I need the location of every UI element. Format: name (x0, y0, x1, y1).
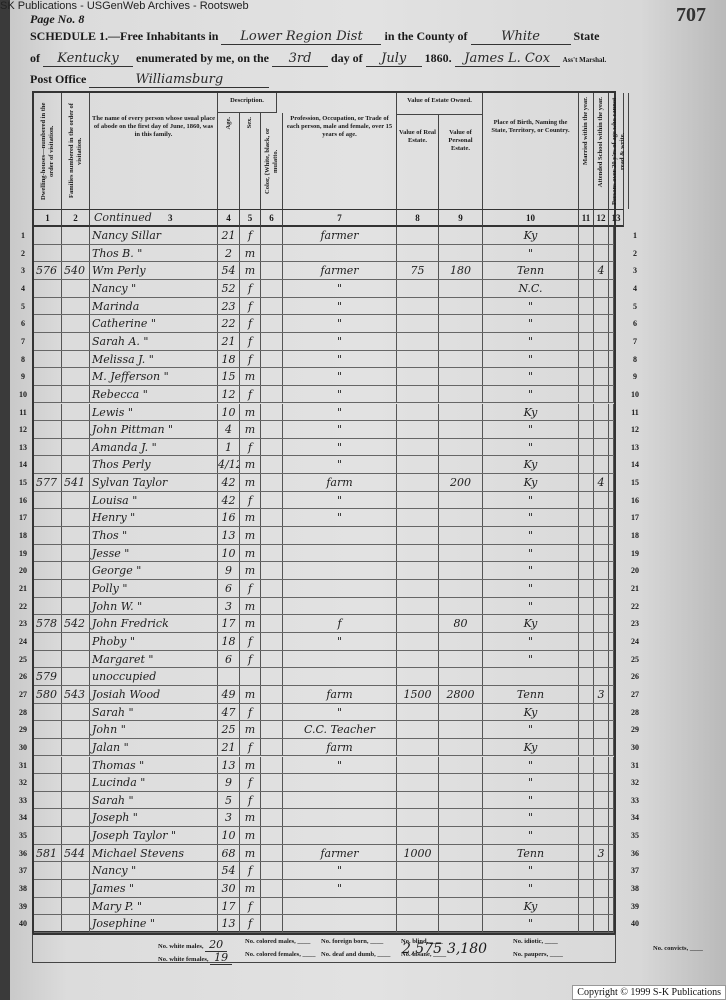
dwelling-number-cell (34, 456, 62, 473)
cannot-read-write-cell (609, 439, 614, 456)
family-number-cell: 540 (62, 262, 90, 279)
attended-school-cell (594, 456, 609, 473)
family-number-cell (62, 333, 90, 350)
real-estate-value-cell (397, 668, 439, 685)
married-within-year-cell (579, 545, 594, 562)
schedule-label: SCHEDULE 1.—Free Inhabitants in (30, 29, 218, 43)
table-row: Josephine "13f" (34, 915, 614, 933)
attended-school-cell (594, 421, 609, 438)
line-number-right: 2 (626, 245, 644, 263)
personal-estate-value-cell (439, 739, 483, 756)
person-name-cell: Jalan " (90, 739, 218, 756)
line-number-right: 20 (626, 562, 644, 580)
married-within-year-cell (579, 227, 594, 244)
sex-cell: m (240, 545, 261, 562)
cannot-read-write-cell (609, 333, 614, 350)
personal-estate-value-cell (439, 704, 483, 721)
cannot-read-write-cell (609, 757, 614, 774)
sex-cell: m (240, 474, 261, 491)
real-estate-value-cell (397, 880, 439, 897)
married-within-year-cell (579, 774, 594, 791)
line-number-left: 4 (14, 280, 32, 298)
col-number-4: 4 (218, 209, 240, 227)
occupation-cell: farmer (283, 845, 397, 862)
married-within-year-cell (579, 721, 594, 738)
dwelling-number-cell (34, 580, 62, 597)
married-within-year-cell (579, 633, 594, 650)
line-number-left: 13 (14, 439, 32, 457)
married-within-year-cell (579, 915, 594, 932)
col-header-2: Families numbered in the order of visita… (62, 93, 90, 209)
county-label: in the County of (384, 29, 467, 43)
birthplace-cell: Ky (483, 898, 579, 915)
table-row: James "30m"" (34, 880, 614, 898)
married-within-year-cell (579, 598, 594, 615)
dwelling-number-cell (34, 351, 62, 368)
occupation-cell (283, 809, 397, 826)
occupation-cell: " (283, 315, 397, 332)
family-number-cell (62, 827, 90, 844)
white-females-count: 19 (210, 951, 232, 965)
person-name-cell: Joseph " (90, 809, 218, 826)
cannot-read-write-cell (609, 386, 614, 403)
age-cell: 5 (218, 792, 240, 809)
attended-school-cell (594, 774, 609, 791)
color-cell (261, 227, 283, 244)
married-within-year-cell (579, 580, 594, 597)
attended-school-cell (594, 915, 609, 932)
sex-cell: m (240, 757, 261, 774)
married-within-year-cell (579, 651, 594, 668)
white-males-count: 20 (205, 938, 227, 952)
married-within-year-cell (579, 809, 594, 826)
family-number-cell (62, 509, 90, 526)
cannot-read-write-cell (609, 898, 614, 915)
birthplace-cell: " (483, 809, 579, 826)
table-row: Lewis "10m"Ky (34, 404, 614, 422)
married-within-year-cell (579, 333, 594, 350)
occupation-cell (283, 545, 397, 562)
cannot-read-write-cell (609, 456, 614, 473)
birthplace-cell: " (483, 298, 579, 315)
occupation-cell: farm (283, 474, 397, 491)
married-within-year-cell (579, 404, 594, 421)
month-value: July (366, 51, 422, 67)
birthplace-cell: " (483, 915, 579, 932)
age-cell: 3 (218, 598, 240, 615)
person-name-cell: Jesse " (90, 545, 218, 562)
family-number-cell (62, 898, 90, 915)
col-header-11: Married within the year. (579, 93, 594, 209)
sex-cell (240, 668, 261, 685)
occupation-cell (283, 598, 397, 615)
birthplace-cell: " (483, 633, 579, 650)
personal-estate-value-cell (439, 880, 483, 897)
table-row: 580543Josiah Wood49mfarm15002800Tenn3 (34, 686, 614, 704)
line-number-right: 15 (626, 474, 644, 492)
color-cell (261, 439, 283, 456)
table-row: Thos Perly4/12m"Ky (34, 456, 614, 474)
col-number-13: 13 (609, 209, 624, 227)
marshal-label: Ass't Marshal. (563, 56, 607, 64)
married-within-year-cell (579, 368, 594, 385)
color-cell (261, 509, 283, 526)
cannot-read-write-cell (609, 615, 614, 632)
sex-cell: m (240, 262, 261, 279)
sex-cell: f (240, 227, 261, 244)
attended-school-cell (594, 368, 609, 385)
family-number-cell (62, 633, 90, 650)
person-name-cell: Josephine " (90, 915, 218, 932)
real-estate-value-cell (397, 368, 439, 385)
line-number-left: 29 (14, 721, 32, 739)
family-number-cell (62, 704, 90, 721)
real-estate-value-cell (397, 351, 439, 368)
color-cell (261, 545, 283, 562)
person-name-cell: Marinda (90, 298, 218, 315)
birthplace-cell: " (483, 333, 579, 350)
dwelling-number-cell (34, 809, 62, 826)
table-row: Rebecca "12f"" (34, 386, 614, 404)
color-cell (261, 915, 283, 932)
line-number-right: 28 (626, 704, 644, 722)
personal-estate-value-cell: 200 (439, 474, 483, 491)
person-name-cell: Sarah " (90, 704, 218, 721)
line-number-right: 5 (626, 298, 644, 316)
personal-estate-value-cell (439, 509, 483, 526)
attended-school-cell (594, 792, 609, 809)
personal-estate-value-cell (439, 386, 483, 403)
attended-school-cell (594, 439, 609, 456)
convicts-summary: No. convicts, ____ (653, 945, 703, 952)
line-number-right: 10 (626, 386, 644, 404)
col-number-6: 6 (261, 209, 283, 227)
dwelling-number-cell: 581 (34, 845, 62, 862)
table-row: Jalan "21ffarmKy (34, 739, 614, 757)
col-header-8: Value of Real Estate. (397, 115, 439, 209)
birthplace-cell: Ky (483, 615, 579, 632)
personal-estate-value-cell (439, 315, 483, 332)
age-cell: 17 (218, 615, 240, 632)
real-estate-value-cell (397, 562, 439, 579)
birthplace-cell: Ky (483, 404, 579, 421)
line-number-left: 17 (14, 509, 32, 527)
age-cell: 13 (218, 757, 240, 774)
paupers-summary: No. paupers, ____ (513, 951, 563, 958)
color-cell (261, 898, 283, 915)
real-estate-value-cell (397, 315, 439, 332)
occupation-cell: " (283, 492, 397, 509)
color-cell (261, 492, 283, 509)
dwelling-number-cell (34, 421, 62, 438)
table-row: Nancy "54f"" (34, 862, 614, 880)
table-row: George "9m" (34, 562, 614, 580)
occupation-cell: " (283, 404, 397, 421)
person-name-cell: Nancy Sillar (90, 227, 218, 244)
person-name-cell: Michael Stevens (90, 845, 218, 862)
family-number-cell (62, 598, 90, 615)
occupation-cell: farmer (283, 227, 397, 244)
birthplace-cell: Ky (483, 739, 579, 756)
archive-banner: SK Publications - USGenWeb Archives - Ro… (0, 0, 249, 13)
birthplace-cell: " (483, 774, 579, 791)
family-number-cell (62, 774, 90, 791)
sex-cell: m (240, 615, 261, 632)
age-cell: 54 (218, 262, 240, 279)
birthplace-cell: " (483, 245, 579, 262)
col-header-10: Place of Birth, Naming the State, Territ… (483, 93, 579, 209)
real-estate-value-cell (397, 386, 439, 403)
line-number-left: 5 (14, 298, 32, 316)
color-cell (261, 668, 283, 685)
color-cell (261, 527, 283, 544)
sex-cell: f (240, 792, 261, 809)
age-cell: 49 (218, 686, 240, 703)
family-number-cell (62, 527, 90, 544)
col-header-1: Dwelling-houses—numbered in the order of… (34, 93, 62, 209)
day-of-label: day of (331, 51, 363, 65)
sex-cell: m (240, 845, 261, 862)
birthplace-cell (483, 668, 579, 685)
occupation-cell: " (283, 456, 397, 473)
col-header-12: Attended School within the year. (594, 93, 609, 209)
cannot-read-write-cell (609, 368, 614, 385)
family-number-cell (62, 439, 90, 456)
married-within-year-cell (579, 421, 594, 438)
family-number-cell (62, 227, 90, 244)
dwelling-number-cell (34, 333, 62, 350)
family-number-cell (62, 668, 90, 685)
schedule-line: SCHEDULE 1.—Free Inhabitants in Lower Re… (30, 29, 600, 45)
occupation-cell (283, 668, 397, 685)
personal-estate-value-cell (439, 492, 483, 509)
family-number-cell (62, 862, 90, 879)
person-name-cell: Sarah A. " (90, 333, 218, 350)
dwelling-number-cell: 580 (34, 686, 62, 703)
color-cell (261, 739, 283, 756)
page-number: Page No. 8 (30, 12, 84, 27)
person-name-cell: Henry " (90, 509, 218, 526)
cannot-read-write-cell (609, 845, 614, 862)
dwelling-number-cell (34, 386, 62, 403)
attended-school-cell (594, 333, 609, 350)
cannot-read-write-cell (609, 262, 614, 279)
color-cell (261, 792, 283, 809)
dwelling-number-cell (34, 792, 62, 809)
cannot-read-write-cell (609, 315, 614, 332)
personal-estate-value-cell (439, 651, 483, 668)
occupation-cell (283, 651, 397, 668)
color-cell (261, 315, 283, 332)
color-cell (261, 633, 283, 650)
post-office-line: Post Office Williamsburg (30, 72, 269, 88)
dwelling-number-cell (34, 527, 62, 544)
line-number-left: 38 (14, 880, 32, 898)
family-number-cell (62, 315, 90, 332)
attended-school-cell (594, 598, 609, 615)
real-estate-value-cell (397, 421, 439, 438)
real-estate-value-cell (397, 280, 439, 297)
color-cell (261, 845, 283, 862)
real-estate-value-cell (397, 509, 439, 526)
birthplace-cell: Ky (483, 456, 579, 473)
age-cell: 9 (218, 774, 240, 791)
cannot-read-write-cell (609, 809, 614, 826)
age-cell: 21 (218, 333, 240, 350)
cannot-read-write-cell (609, 421, 614, 438)
occupation-cell (283, 827, 397, 844)
line-number-right: 11 (626, 404, 644, 422)
real-estate-value-cell (397, 492, 439, 509)
personal-estate-value-cell (439, 898, 483, 915)
occupation-cell: " (283, 704, 397, 721)
line-number-right: 26 (626, 668, 644, 686)
family-number-cell (62, 792, 90, 809)
occupation-cell: " (283, 421, 397, 438)
col-header-3: The name of every person whose usual pla… (90, 93, 218, 209)
color-cell (261, 474, 283, 491)
sex-cell: m (240, 809, 261, 826)
line-number-right: 34 (626, 809, 644, 827)
age-cell: 47 (218, 704, 240, 721)
real-estate-value-cell (397, 333, 439, 350)
table-row: Louisa "42f"" (34, 492, 614, 510)
age-cell: 10 (218, 827, 240, 844)
line-number-right: 33 (626, 792, 644, 810)
attended-school-cell (594, 545, 609, 562)
line-number-right: 27 (626, 686, 644, 704)
sex-cell: f (240, 333, 261, 350)
real-estate-value-cell (397, 298, 439, 315)
married-within-year-cell (579, 757, 594, 774)
age-cell: 16 (218, 509, 240, 526)
married-within-year-cell (579, 880, 594, 897)
sex-cell: m (240, 509, 261, 526)
line-number-left: 27 (14, 686, 32, 704)
attended-school-cell: 3 (594, 845, 609, 862)
color-cell (261, 368, 283, 385)
line-number-right: 39 (626, 898, 644, 916)
dwelling-number-cell (34, 862, 62, 879)
personal-estate-value-cell (439, 792, 483, 809)
line-number-right: 7 (626, 333, 644, 351)
table-row: Catherine "22f"" (34, 315, 614, 333)
cannot-read-write-cell (609, 792, 614, 809)
attended-school-cell (594, 527, 609, 544)
dwelling-number-cell (34, 545, 62, 562)
attended-school-cell (594, 509, 609, 526)
cannot-read-write-cell (609, 668, 614, 685)
married-within-year-cell (579, 562, 594, 579)
total-personal-estate: 3,180 (445, 941, 489, 957)
copyright-notice: Copyright © 1999 S-K Publications (572, 985, 726, 1000)
birthplace-cell: N.C. (483, 280, 579, 297)
attended-school-cell (594, 315, 609, 332)
color-cell (261, 880, 283, 897)
family-number-cell (62, 351, 90, 368)
dwelling-number-cell (34, 492, 62, 509)
married-within-year-cell (579, 862, 594, 879)
table-row: Nancy Sillar21ffarmerKy (34, 227, 614, 245)
family-number-cell (62, 245, 90, 262)
personal-estate-value-cell (439, 668, 483, 685)
line-number-left: 10 (14, 386, 32, 404)
line-number-left: 35 (14, 827, 32, 845)
marshal-name: James L. Cox (455, 51, 560, 67)
married-within-year-cell (579, 686, 594, 703)
real-estate-value-cell (397, 704, 439, 721)
cannot-read-write-cell (609, 739, 614, 756)
value-estate-group-header: Value of Estate Owned. (397, 93, 483, 115)
person-name-cell: Sylvan Taylor (90, 474, 218, 491)
occupation-cell (283, 527, 397, 544)
age-cell: 2 (218, 245, 240, 262)
personal-estate-value-cell: 80 (439, 615, 483, 632)
personal-estate-value-cell (439, 368, 483, 385)
sex-cell: f (240, 915, 261, 932)
birthplace-cell: " (483, 386, 579, 403)
age-cell: 4/12 (218, 456, 240, 473)
birthplace-cell: " (483, 315, 579, 332)
line-number-left: 32 (14, 774, 32, 792)
table-row: Joseph "3m" (34, 809, 614, 827)
color-cell (261, 298, 283, 315)
line-number-right: 9 (626, 368, 644, 386)
real-estate-value-cell (397, 809, 439, 826)
person-name-cell: Catherine " (90, 315, 218, 332)
person-name-cell: Thos B. " (90, 245, 218, 262)
idiotic-summary: No. idiotic, ____ (513, 938, 558, 945)
birthplace-cell: Tenn (483, 845, 579, 862)
personal-estate-value-cell (439, 421, 483, 438)
dwelling-number-cell (34, 721, 62, 738)
real-estate-value-cell (397, 774, 439, 791)
attended-school-cell (594, 580, 609, 597)
personal-estate-value-cell (439, 774, 483, 791)
family-number-cell (62, 580, 90, 597)
occupation-cell: " (283, 333, 397, 350)
real-estate-value-cell (397, 915, 439, 932)
occupation-cell (283, 792, 397, 809)
person-name-cell: Sarah " (90, 792, 218, 809)
sex-cell: f (240, 492, 261, 509)
personal-estate-value-cell (439, 598, 483, 615)
line-number-right: 17 (626, 509, 644, 527)
dwelling-number-cell: 579 (34, 668, 62, 685)
sex-cell: m (240, 368, 261, 385)
color-cell (261, 615, 283, 632)
real-estate-value-cell (397, 598, 439, 615)
sex-cell: m (240, 686, 261, 703)
age-cell: 42 (218, 492, 240, 509)
age-cell: 68 (218, 845, 240, 862)
family-number-cell (62, 651, 90, 668)
age-cell: 12 (218, 386, 240, 403)
personal-estate-value-cell (439, 862, 483, 879)
attended-school-cell (594, 668, 609, 685)
dwelling-number-cell (34, 704, 62, 721)
birthplace-cell: " (483, 562, 579, 579)
color-cell (261, 421, 283, 438)
dwelling-number-cell (34, 880, 62, 897)
line-number-right: 6 (626, 315, 644, 333)
real-estate-value-cell (397, 439, 439, 456)
table-row: Margaret "6f" (34, 651, 614, 669)
color-cell (261, 333, 283, 350)
table-row: Sarah "47f"Ky (34, 704, 614, 722)
line-number-right: 29 (626, 721, 644, 739)
line-number-right: 38 (626, 880, 644, 898)
